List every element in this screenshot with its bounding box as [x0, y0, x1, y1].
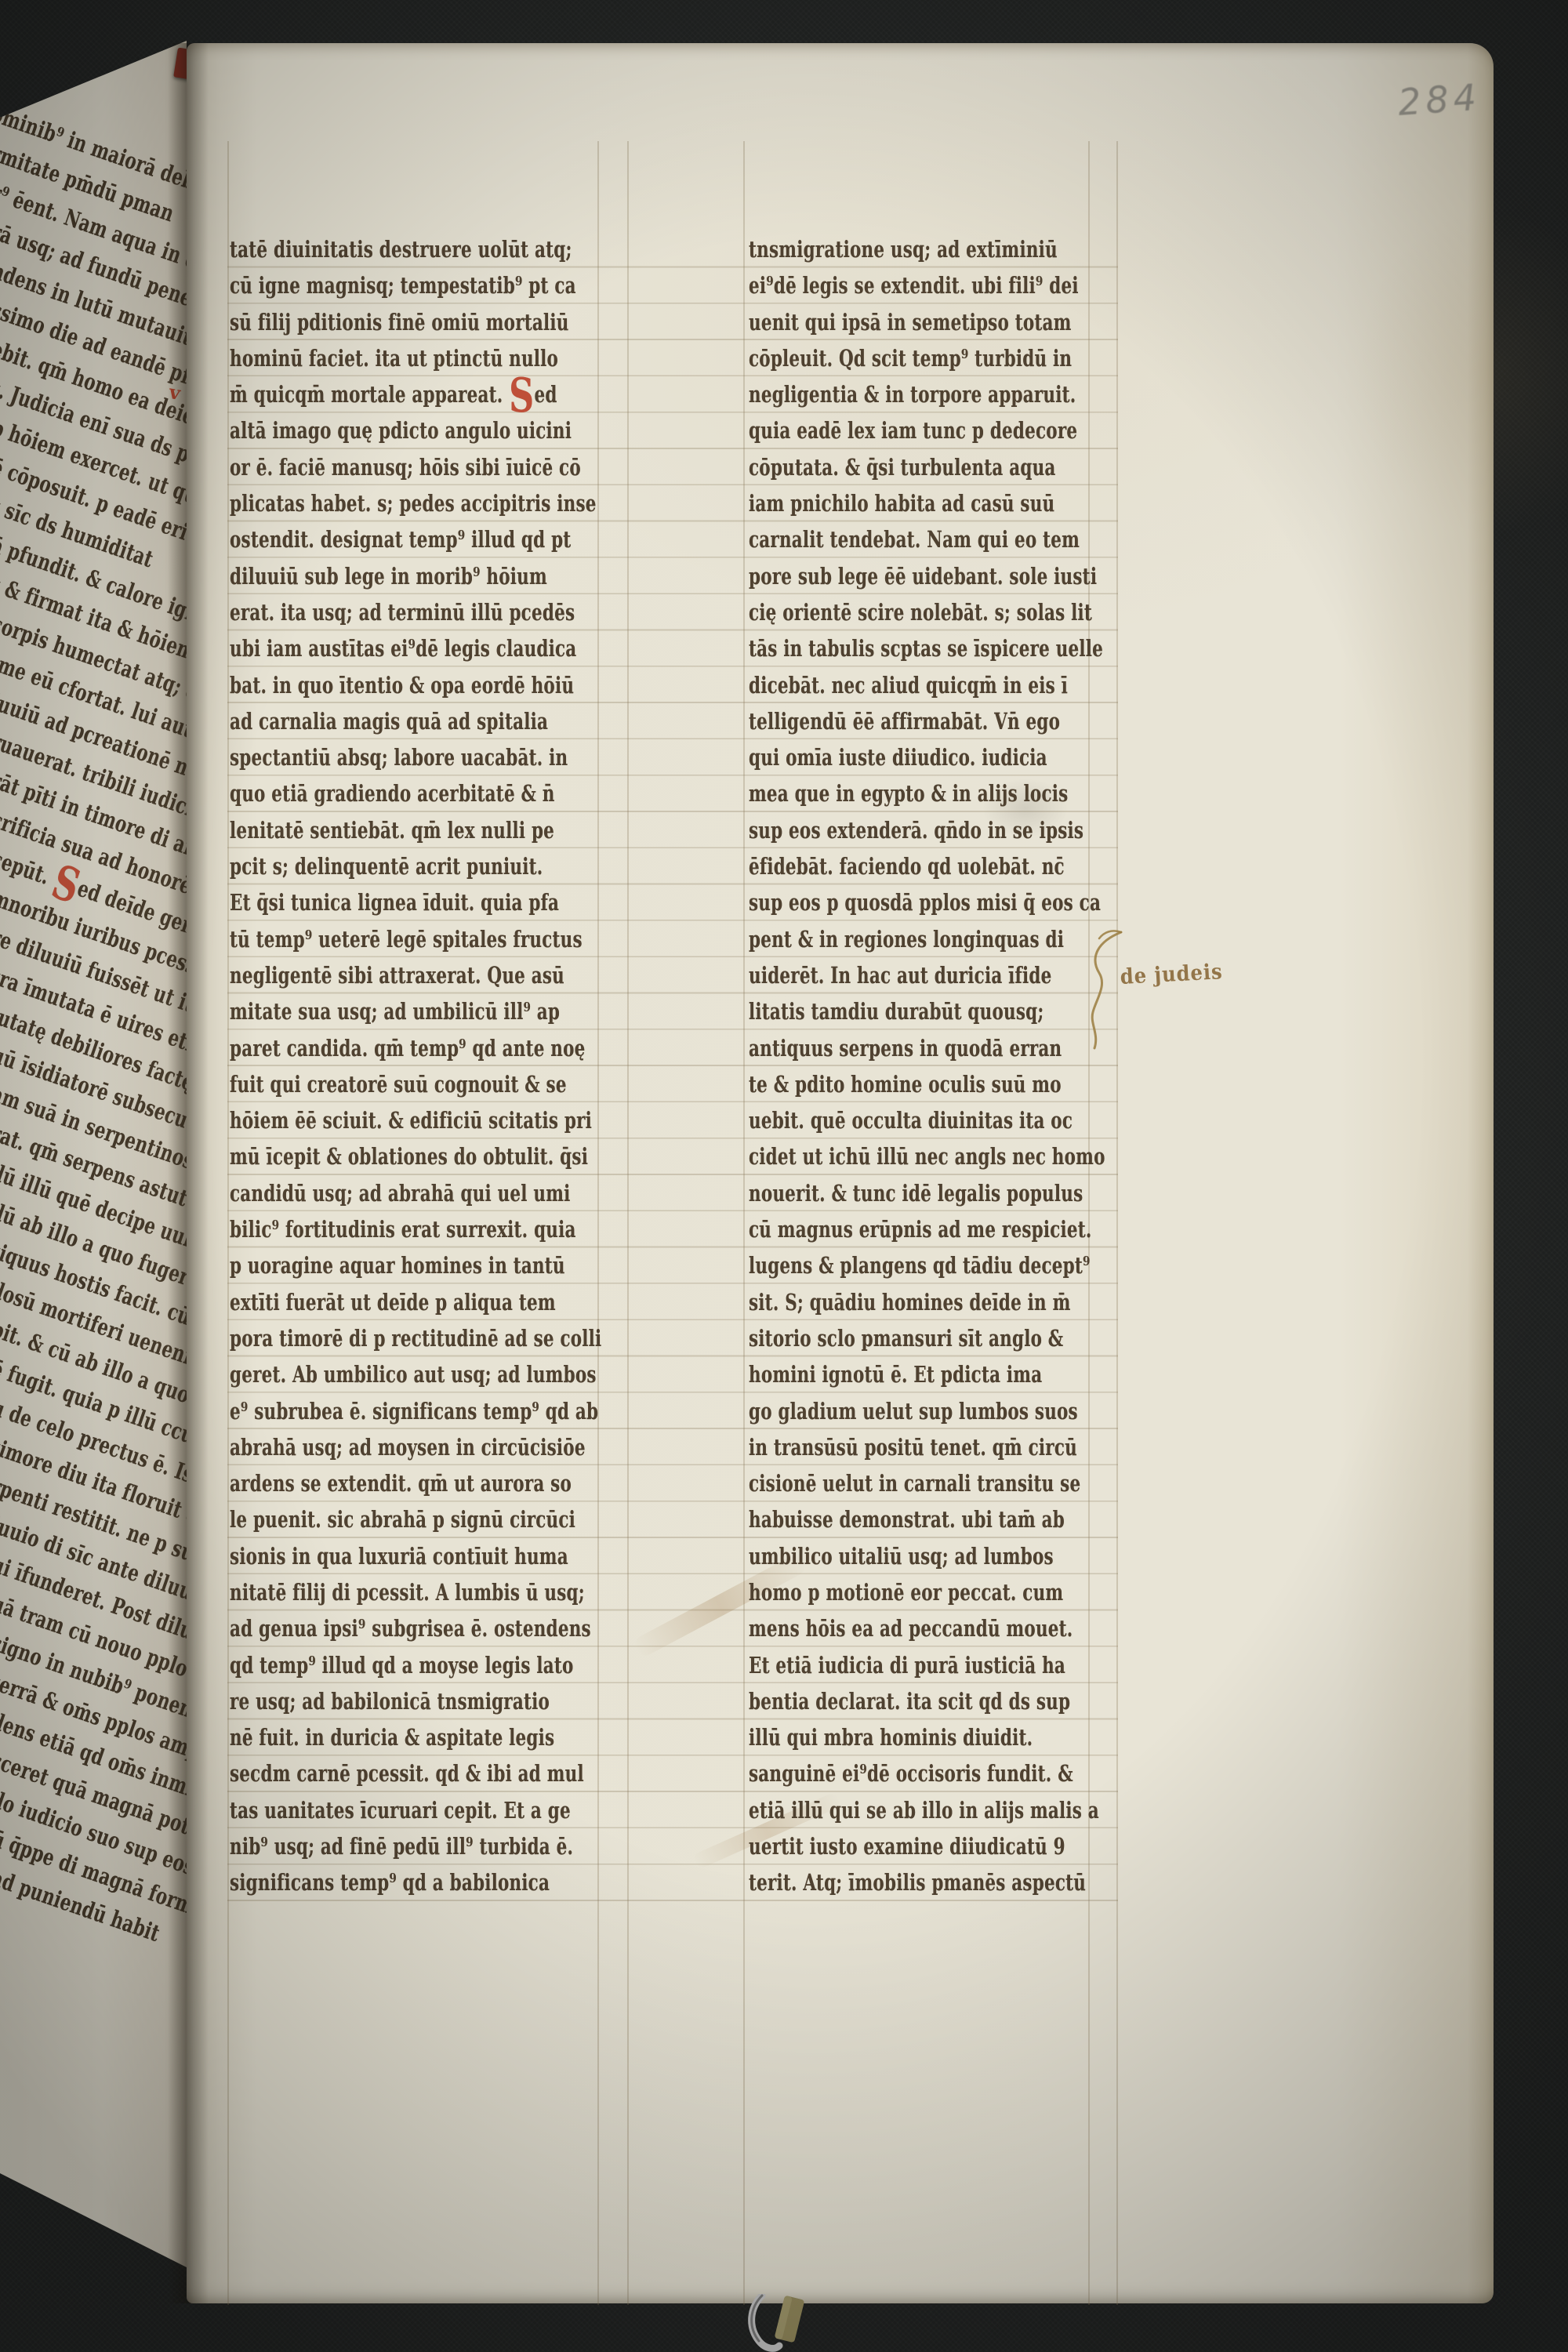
manuscript-line: paret candida. qm̄ temp⁹ qd ante noę	[230, 1030, 508, 1066]
manuscript-line: cōputata. & q̄si turbulenta aqua	[749, 449, 1027, 485]
manuscript-line: dicebāt. nec aliud quicqm̄ in eis ī	[749, 667, 1027, 703]
manuscript-line: cisionē uelut in carnali transitu se	[749, 1465, 1027, 1501]
manuscript-line: diluuiū sub lege in morib⁹ hōium	[230, 558, 508, 594]
manuscript-line: etiā illū qui se ab illo in alijs malis …	[749, 1792, 1027, 1828]
manuscript-line: hominū faciet. ita ut ptinctū nullo	[230, 340, 508, 376]
manuscript-page: 284 tatē diuinitatis destruere uolūt atq…	[187, 43, 1494, 2303]
manuscript-line: lenitatē sentiebāt. qm̄ lex nulli pe	[230, 812, 508, 848]
manuscript-line: uebit. quē occulta diuinitas ita oc	[749, 1102, 1027, 1138]
manuscript-line: sit. S; quādiu homines deīde in m̄	[749, 1284, 1027, 1320]
manuscript-line: fuit qui creatorē suū cognouit & se	[230, 1066, 508, 1102]
manuscript-line: tnsmigratione usq; ad extīminiū	[749, 231, 1027, 267]
manuscript-line: mens hōis ea ad peccandū mouet.	[749, 1610, 1027, 1646]
manuscript-line: pora timorē di p rectitudinē ad se colli	[230, 1320, 508, 1356]
manuscript-line: negligentē sibi attraxerat. Que asū	[230, 957, 508, 993]
manuscript-line: uiderēt. In hac aut duricia īfide	[749, 957, 1027, 993]
manuscript-line: ad genua ipsi⁹ subgrisea ē. ostendens	[230, 1610, 508, 1646]
manuscript-line: cidet ut ichū illū nec angls nec homo	[749, 1138, 1027, 1174]
manuscript-line: go gladium uelut sup lumbos suos	[749, 1393, 1027, 1429]
manuscript-line: in transūsū positū tenet. qm̄ circū	[749, 1429, 1027, 1465]
manuscript-line: homini ignotū ē. Et pdicta ima	[749, 1356, 1027, 1392]
text-column-1: tatē diuinitatis destruere uolūt atq;cū …	[230, 231, 606, 1901]
manuscript-line: tū temp⁹ ueterē legē spitales fructus	[230, 921, 508, 957]
manuscript-line: illū qui mbra hominis diuidit.	[749, 1719, 1027, 1755]
manuscript-line: m̄ quicqm̄ mortale appareat. Sed	[230, 376, 508, 412]
manuscript-line: pcit s; delinquentē acrit puniuit.	[230, 848, 508, 884]
manuscript-line: negligentia & in torpore apparuit.	[749, 376, 1027, 412]
manuscript-line: re usq; ad babilonicā tnsmigratio	[230, 1683, 508, 1719]
manuscript-line: cū igne magnisq; tempestatib⁹ pt ca	[230, 267, 508, 303]
manuscript-line: cū magnus erūpnis ad me respiciet.	[749, 1211, 1027, 1247]
manuscript-line: p uoragine aquar homines in tantū	[230, 1247, 508, 1283]
manuscript-line: te & pdito homine oculis suū mo	[749, 1066, 1027, 1102]
manuscript-line: ostendit. designat temp⁹ illud qd pt	[230, 521, 508, 557]
manuscript-line: plicatas habet. s; pedes accipitris inse	[230, 485, 508, 521]
manuscript-line: pent & in regiones longinquas di	[749, 921, 1027, 957]
page-holder-clip	[739, 2294, 817, 2352]
manuscript-line: le puenit. sic abrahā p signū circūci	[230, 1501, 508, 1537]
manuscript-line: nitatē filij di pcessit. A lumbis ū usq;	[230, 1574, 508, 1610]
manuscript-line: uertit iusto examine diiudicatū 9	[749, 1828, 1027, 1864]
manuscript-line: tās in tabulis scptas se īspicere uelle	[749, 630, 1027, 666]
manuscript-line: antiquus serpens in quodā erran	[749, 1030, 1027, 1066]
manuscript-line: candidū usq; ad abrahā qui uel umi	[230, 1175, 508, 1211]
manuscript-line: altā imago quę pdicto angulo uicini	[230, 412, 508, 448]
manuscript-line: uenit qui ipsā in semetipso totam	[749, 304, 1027, 340]
manuscript-line: nē fuit. in duricia & aspitate legis	[230, 1719, 508, 1755]
manuscript-line: hōiem ēē sciuit. & edificiū scitatis pri	[230, 1102, 508, 1138]
manuscript-line: significans temp⁹ qd a babilonica	[230, 1864, 508, 1900]
manuscript-photo: { "page": { "folio_number": "284", "marg…	[0, 0, 1568, 2352]
manuscript-line: extīti fuerāt ut deīde p aliqua tem	[230, 1284, 508, 1320]
parchment-stain	[1355, 208, 1568, 537]
manuscript-line: bentia declarat. ita scit qd ds sup	[749, 1683, 1027, 1719]
manuscript-line: nouerit. & tunc idē legalis populus	[749, 1175, 1027, 1211]
manuscript-line: Et q̄si tunica lignea īduit. quia pfa	[230, 884, 508, 920]
manuscript-line: nib⁹ usq; ad finē pedū ill⁹ turbida ē.	[230, 1828, 508, 1864]
manuscript-line: terit. Atq; īmobilis pmanēs aspectū	[749, 1864, 1027, 1900]
manuscript-line: litatis tamdiu durabūt quousq;	[749, 993, 1027, 1029]
rubric-initial: S	[509, 368, 534, 423]
margin-annotation: de judeis	[1088, 927, 1276, 1061]
manuscript-line: spectantiū absq; labore uacabāt. in	[230, 739, 508, 775]
facing-page-edge: ominib⁹ in maiorā debrmitate pm̄dū pmanr…	[0, 0, 187, 2352]
manuscript-line: mitate sua usq; ad umbilicū ill⁹ ap	[230, 993, 508, 1029]
manuscript-line: iam pnichilo habita ad casū suū	[749, 485, 1027, 521]
manuscript-line: ei⁹dē legis se extendit. ubi fili⁹ dei	[749, 267, 1027, 303]
manuscript-line: tas uanitates īcuruari cepit. Et a ge	[230, 1792, 508, 1828]
manuscript-line: bilic⁹ fortitudinis erat surrexit. quia	[230, 1211, 508, 1247]
manuscript-line: lugens & plangens qd tādiu decept⁹	[749, 1247, 1027, 1283]
manuscript-line: cōpleuit. Qd scit temp⁹ turbidū in	[749, 340, 1027, 376]
margin-bracket-flourish	[1088, 927, 1124, 1053]
manuscript-line: sionis in qua luxuriā contīuit huma	[230, 1538, 508, 1574]
manuscript-line: sitorio sclo pmansuri sīt anglo &	[749, 1320, 1027, 1356]
margin-note: de judeis	[1120, 960, 1223, 989]
folio-number: 284	[1396, 71, 1555, 124]
manuscript-line: ardens se extendit. qm̄ ut aurora so	[230, 1465, 508, 1501]
manuscript-line: carnalit tendebat. Nam qui eo tem	[749, 521, 1027, 557]
manuscript-line: mea que in egypto & in alijs locis	[749, 775, 1027, 811]
manuscript-line: sup eos extenderā. qn̄do in se ipsis	[749, 812, 1027, 848]
manuscript-line: ad carnalia magis quā ad spitalia	[230, 703, 508, 739]
manuscript-line: or ē. faciē manusq; hōis sibi īuicē cō	[230, 449, 508, 485]
text-column-2: tnsmigratione usq; ad extīminiūei⁹dē leg…	[749, 231, 1125, 1901]
manuscript-line: sanguinē ei⁹dē occisoris fundit. &	[749, 1755, 1027, 1791]
manuscript-line: ēfidebāt. faciendo qd uolebāt. nc̄	[749, 848, 1027, 884]
manuscript-line: qui omīa iuste diiudico. iudicia	[749, 739, 1027, 775]
clip-icon	[739, 2294, 817, 2352]
manuscript-line: homo p motionē eor peccat. cum	[749, 1574, 1027, 1610]
manuscript-line: sū filij pditionis finē omiū mortaliū	[230, 304, 508, 340]
manuscript-line: sup eos p quosdā pplos misi q̄ eos ca	[749, 884, 1027, 920]
manuscript-line: habuisse demonstrat. ubi tam̄ ab	[749, 1501, 1027, 1537]
manuscript-line: quia eadē lex iam tunc p dedecore	[749, 412, 1027, 448]
manuscript-line: Et etiā iudicia di purā iusticiā ha	[749, 1647, 1027, 1683]
manuscript-line: geret. Ab umbilico aut usq; ad lumbos	[230, 1356, 508, 1392]
manuscript-line: erat. ita usq; ad terminū illū pcedēs	[230, 594, 508, 630]
manuscript-line: e⁹ subrubea ē. significans temp⁹ qd ab	[230, 1393, 508, 1429]
manuscript-line: telligendū ēē affirmabāt. Vn̄ ego	[749, 703, 1027, 739]
manuscript-line: tatē diuinitatis destruere uolūt atq;	[230, 231, 508, 267]
manuscript-line: abrahā usq; ad moysen in circūcisiōe	[230, 1429, 508, 1465]
manuscript-line: pore sub lege ēē uidebant. sole iusti	[749, 558, 1027, 594]
manuscript-line: bat. in quo ītentio & opa eordē hōiū	[230, 667, 508, 703]
manuscript-line: umbilico uitaliū usq; ad lumbos	[749, 1538, 1027, 1574]
manuscript-line: cię orientē scire nolebāt. s; solas lit	[749, 594, 1027, 630]
manuscript-line: secdm carnē pcessit. qd & ibi ad mul	[230, 1755, 508, 1791]
manuscript-line: mū īcepit & oblationes do obtulit. q̄si	[230, 1138, 508, 1174]
manuscript-line: quo etiā gradiendo acerbitatē & n̄	[230, 775, 508, 811]
manuscript-line: ubi iam austītas ei⁹dē legis claudica	[230, 630, 508, 666]
manuscript-line: qd temp⁹ illud qd a moyse legis lato	[230, 1647, 508, 1683]
